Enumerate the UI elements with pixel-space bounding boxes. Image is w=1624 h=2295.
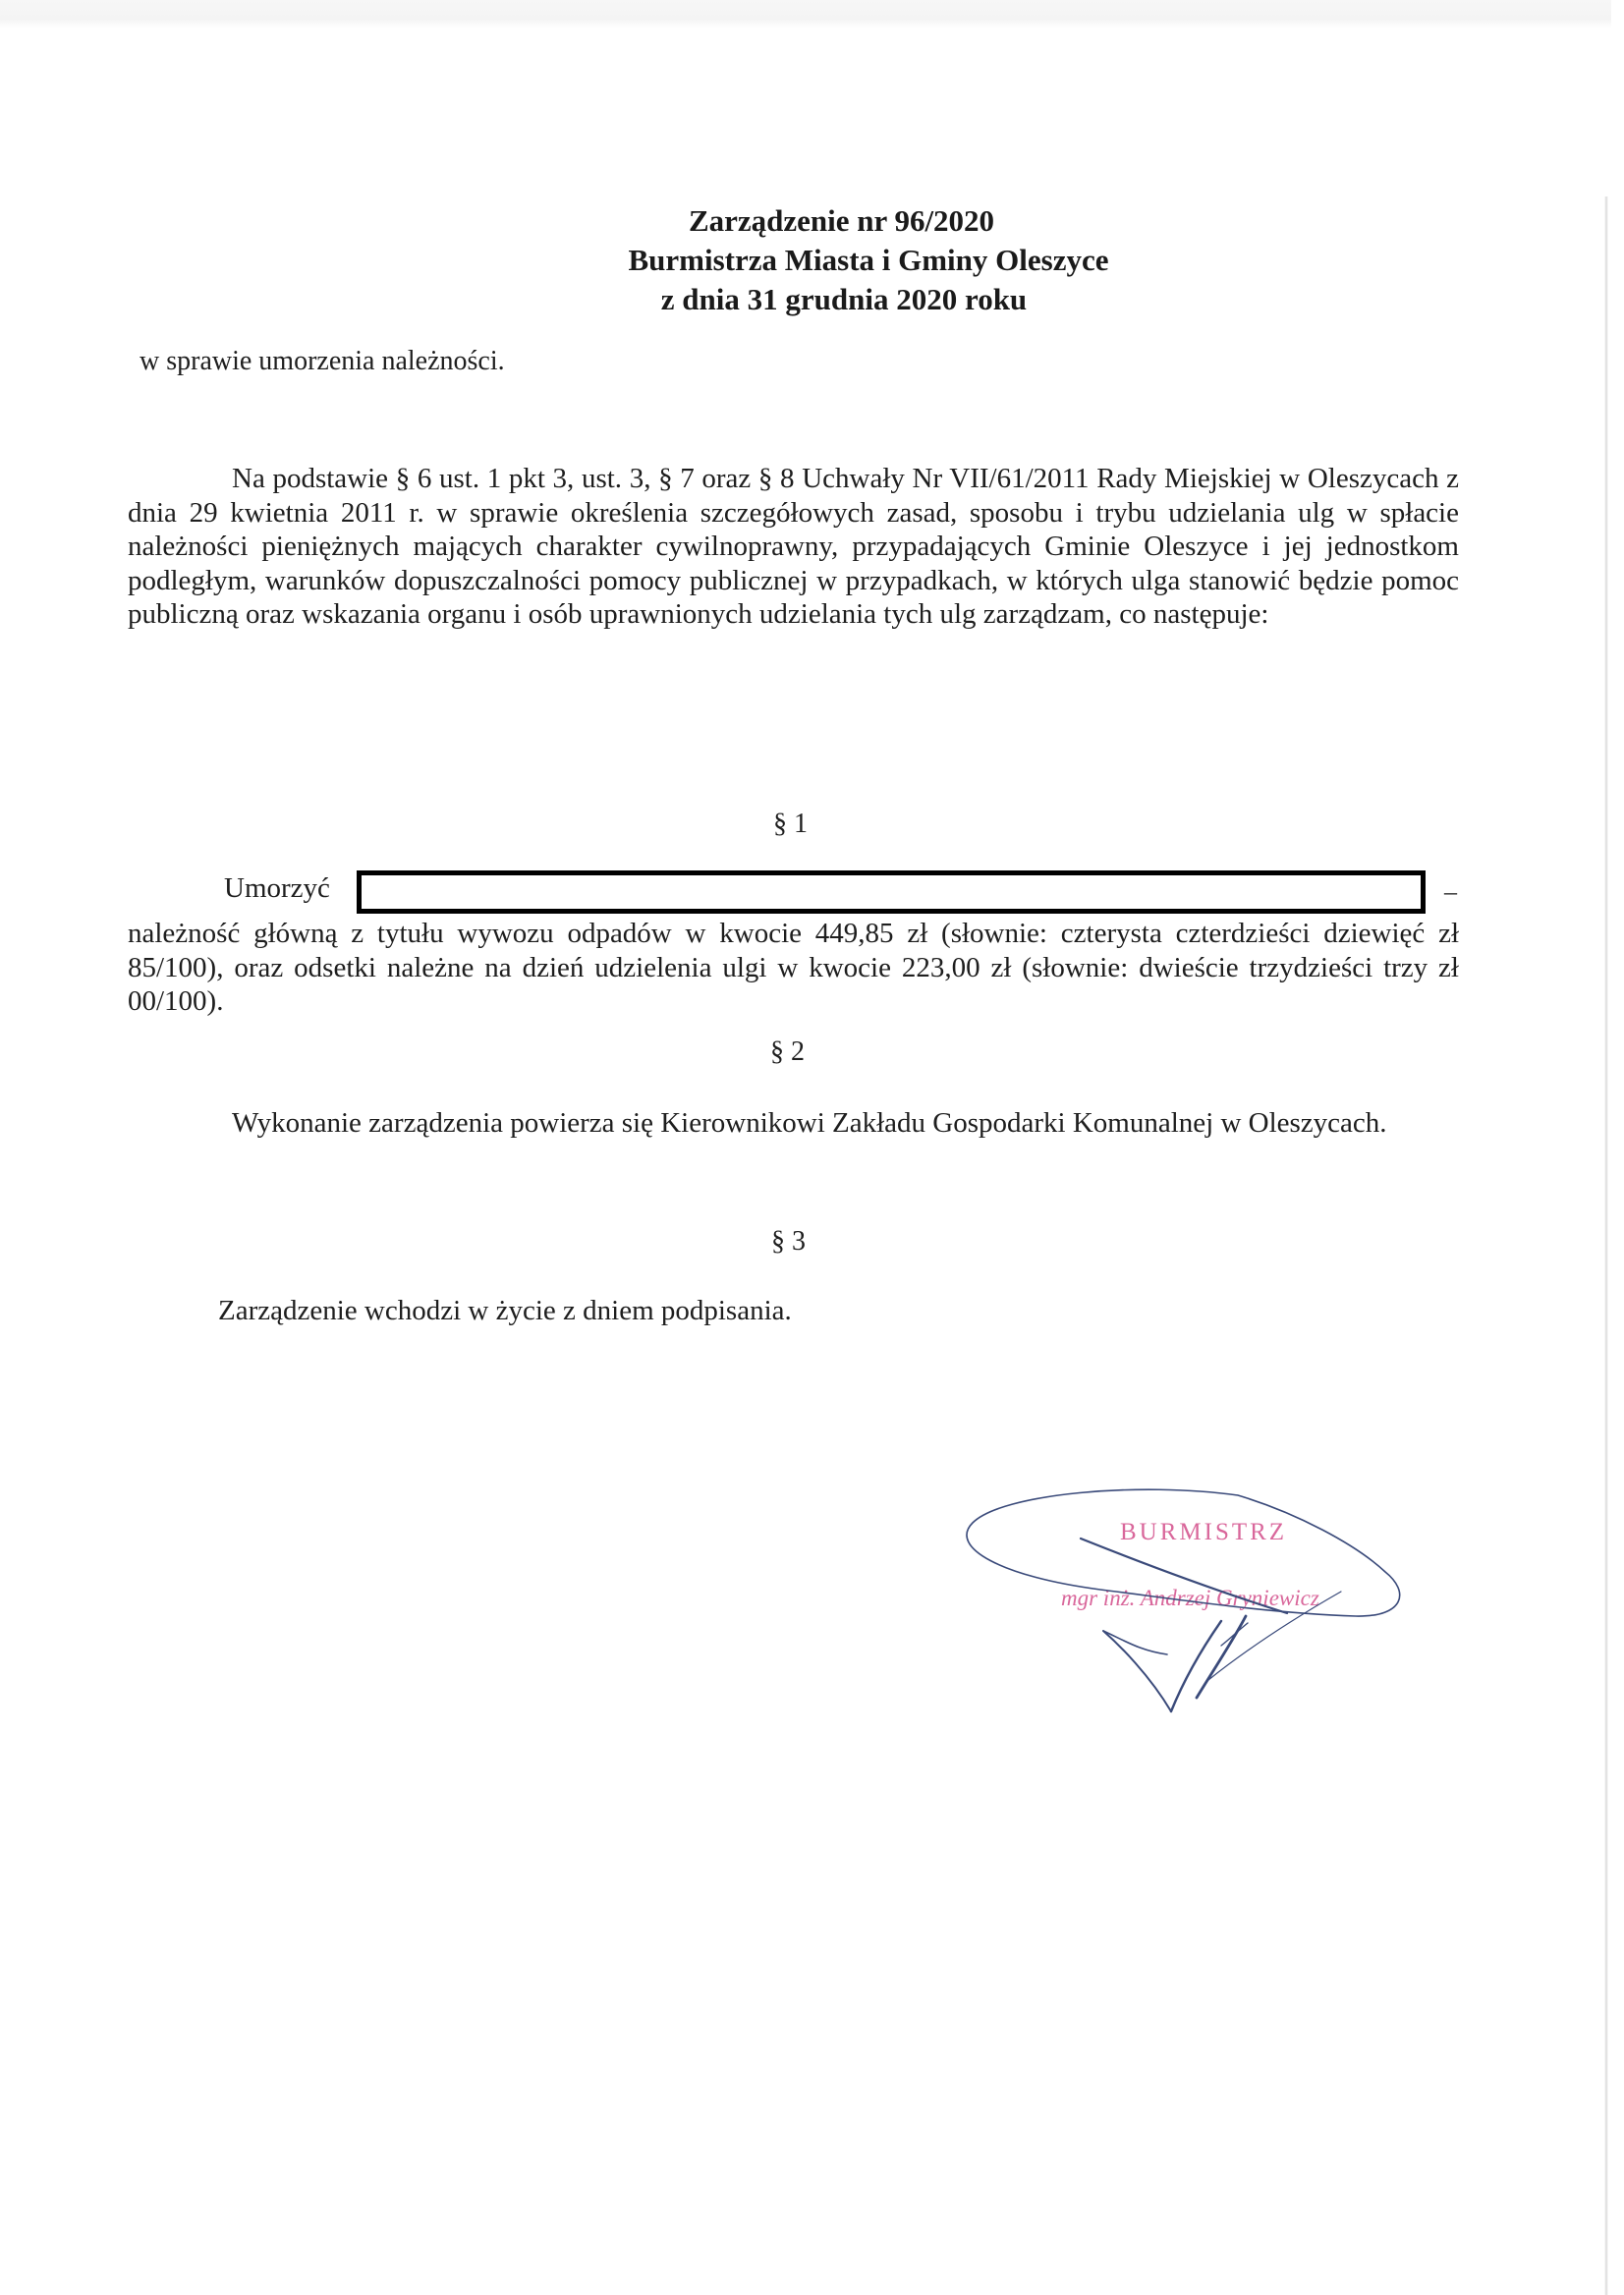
section-3-mark: § 3 xyxy=(771,1226,806,1258)
scan-top-edge xyxy=(0,0,1611,28)
redacted-name-box xyxy=(357,870,1426,914)
document-date: z dnia 31 grudnia 2020 roku xyxy=(64,280,1624,319)
section-2-mark: § 2 xyxy=(770,1036,805,1068)
section-3-paragraph: Zarządzenie wchodzi w życie z dniem podp… xyxy=(218,1295,792,1327)
section-1-paragraph: należność główną z tytułu wywozu odpadów… xyxy=(128,917,1459,1019)
document-issuer: Burmistrza Miasta i Gminy Oleszyce xyxy=(113,241,1624,280)
section-1-lead: Umorzyć xyxy=(224,872,330,905)
section-1-dash: – xyxy=(1444,877,1457,907)
scan-right-edge xyxy=(1604,196,1608,2295)
document-header: Zarządzenie nr 96/2020 Burmistrza Miasta… xyxy=(0,201,1624,319)
document-subject: w sprawie umorzenia należności. xyxy=(140,346,505,377)
signature-stamp: BURMISTRZ mgr inż. Andrzej Gryniewicz xyxy=(943,1483,1434,1739)
section-1-mark: § 1 xyxy=(773,809,808,840)
section-2-paragraph: Wykonanie zarządzenia powierza się Kiero… xyxy=(128,1106,1459,1141)
section-2-text: Wykonanie zarządzenia powierza się Kiero… xyxy=(232,1107,1387,1139)
handwritten-signature-icon xyxy=(943,1483,1434,1739)
legal-basis-text: Na podstawie § 6 ust. 1 pkt 3, ust. 3, §… xyxy=(128,463,1459,630)
document-title: Zarządzenie nr 96/2020 xyxy=(59,201,1624,241)
legal-basis-paragraph: Na podstawie § 6 ust. 1 pkt 3, ust. 3, §… xyxy=(128,462,1459,632)
